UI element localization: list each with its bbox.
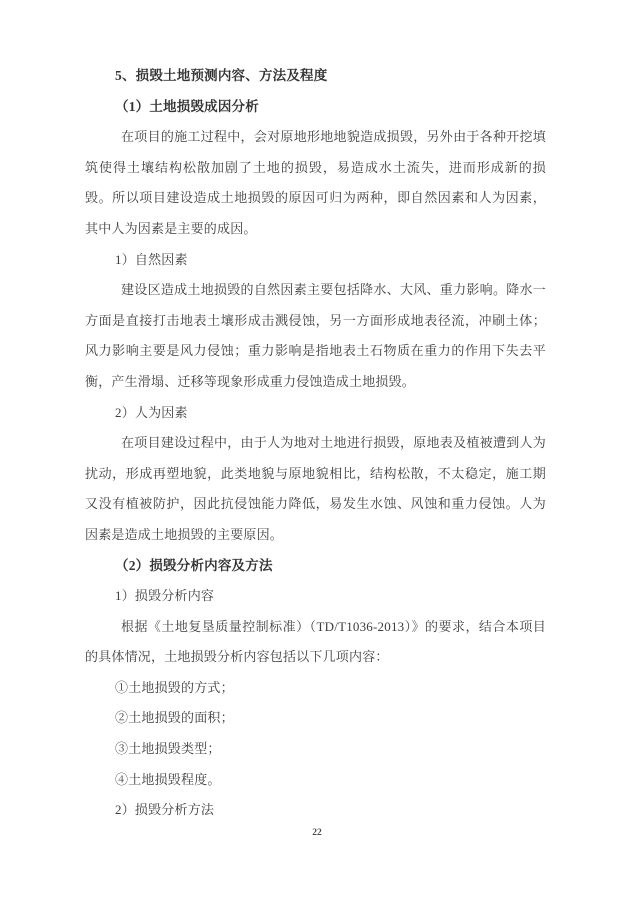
paragraph-line: 的具体情况，土地损毁分析内容包括以下几项内容： [85,642,546,673]
list-item: ①土地损毁的方式； [85,673,546,704]
heading: （1）土地损毁成因分析 [85,92,546,123]
paragraph-line: 建设区造成土地损毁的自然因素主要包括降水、大风、重力影响。降水一 [85,275,546,306]
paragraph-line: 其中人为因素是主要的成因。 [85,214,546,245]
document-content: 5、损毁土地预测内容、方法及程度（1）土地损毁成因分析在项目的施工过程中，会对原… [85,61,546,826]
paragraph-line: 衡，产生滑塌、迁移等现象形成重力侵蚀造成土地损毁。 [85,367,546,398]
subheading: 1）损毁分析内容 [85,581,546,612]
heading: 5、损毁土地预测内容、方法及程度 [85,61,546,92]
list-item: ③土地损毁类型； [85,734,546,765]
paragraph-line: 筑使得土壤结构松散加剧了土地的损毁，易造成水土流失，进而形成新的损 [85,153,546,184]
subheading: 2）人为因素 [85,398,546,429]
heading: （2）损毁分析内容及方法 [85,551,546,582]
subheading: 2）损毁分析方法 [85,795,546,826]
paragraph-line: 在项目建设过程中，由于人为地对土地进行损毁，原地表及植被遭到人为 [85,428,546,459]
paragraph-line: 在项目的施工过程中，会对原地形地地貌造成损毁，另外由于各种开挖填 [85,122,546,153]
paragraph-line: 风力影响主要是风力侵蚀；重力影响是指地表土石物质在重力的作用下失去平 [85,336,546,367]
paragraph-line: 根据《土地复垦质量控制标准）（TD/T1036-2013）》的要求，结合本项目 [85,612,546,643]
subheading: 1）自然因素 [85,245,546,276]
page-number: 22 [0,826,634,840]
list-item: ④土地损毁程度。 [85,765,546,796]
paragraph-line: 方面是直接打击地表土壤形成击溅侵蚀，另一方面形成地表径流，冲刷土体； [85,306,546,337]
paragraph-line: 扰动，形成再塑地貌，此类地貌与原地貌相比，结构松散，不太稳定，施工期 [85,459,546,490]
paragraph-line: 又没有植被防护，因此抗侵蚀能力降低，易发生水蚀、风蚀和重力侵蚀。人为 [85,489,546,520]
list-item: ②土地损毁的面积； [85,703,546,734]
paragraph-line: 因素是造成土地损毁的主要原因。 [85,520,546,551]
document-page: 5、损毁土地预测内容、方法及程度（1）土地损毁成因分析在项目的施工过程中，会对原… [0,0,634,897]
paragraph-line: 毁。所以项目建设造成土地损毁的原因可归为两种，即自然因素和人为因素， [85,183,546,214]
